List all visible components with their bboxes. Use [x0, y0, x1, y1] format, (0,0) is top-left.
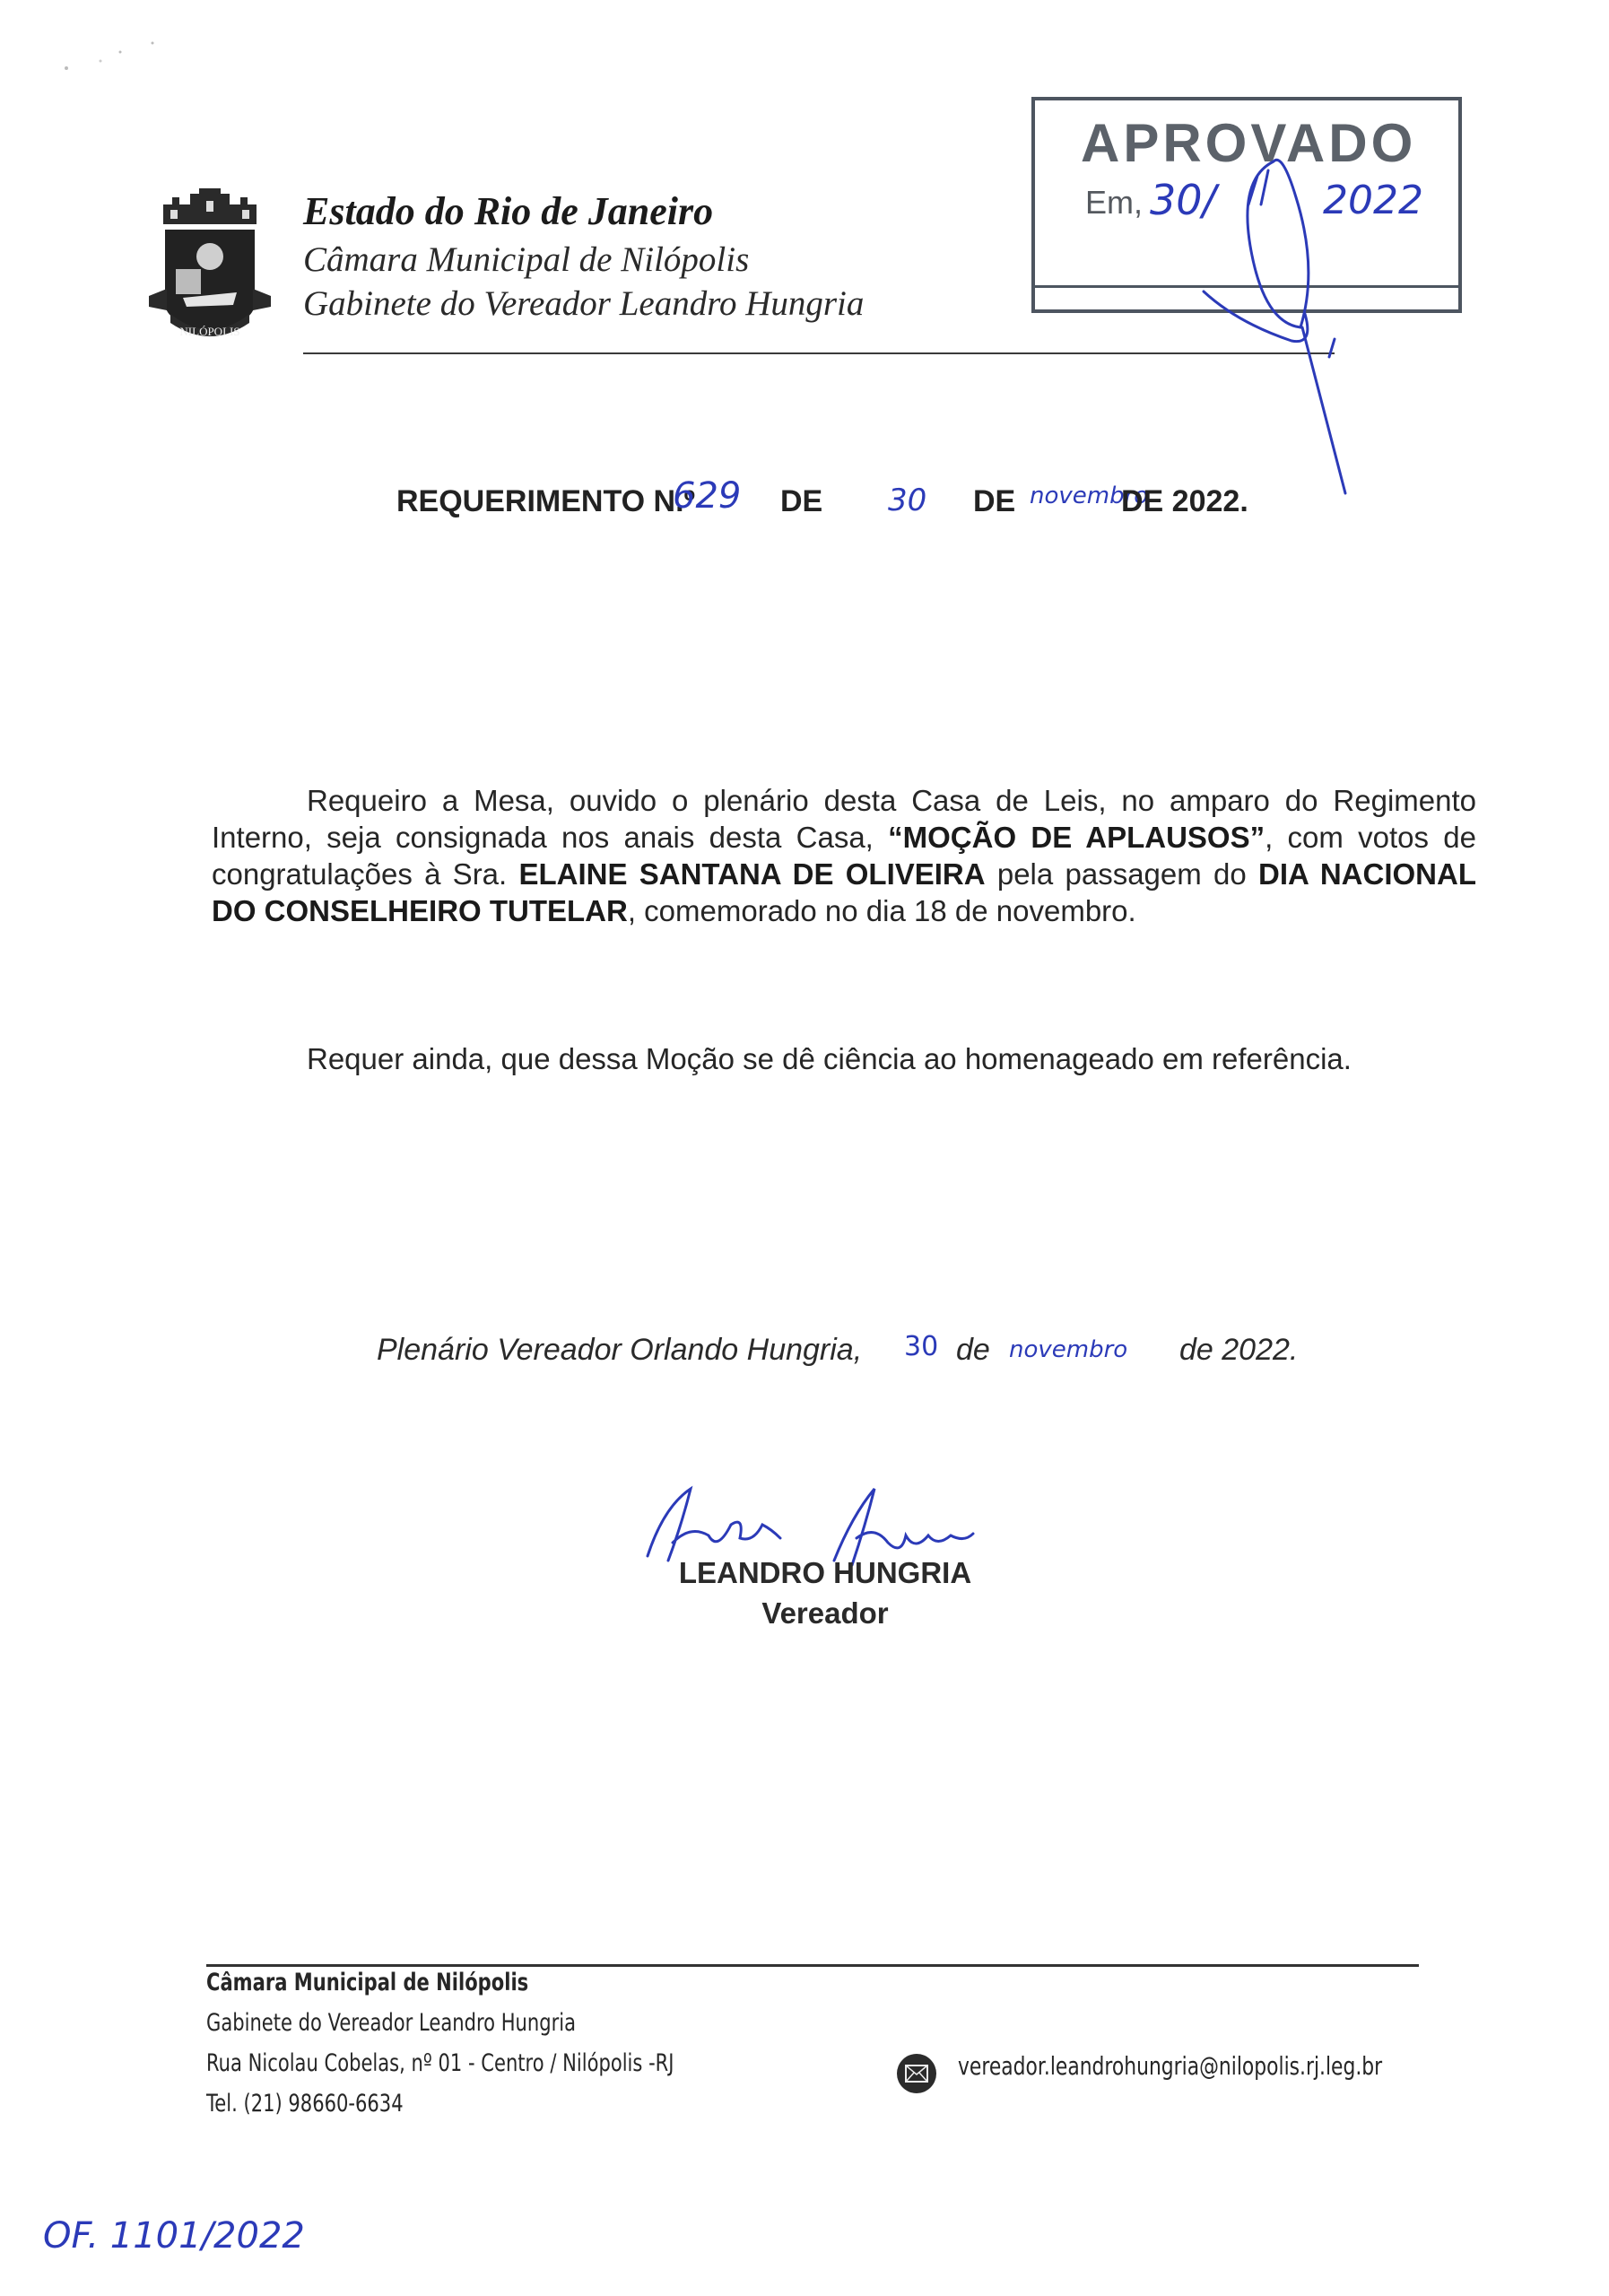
office-number-note: OF. 1101/2022 [43, 2215, 305, 2257]
requerimento-day: 30 [888, 483, 926, 518]
envelope-icon [897, 2054, 936, 2093]
closing-day: 30 [904, 1331, 938, 1362]
requerimento-de-1: DE [780, 484, 822, 519]
footer-office: Gabinete do Vereador Leandro Hungria [206, 2009, 576, 2037]
footer-address: Rua Nicolau Cobelas, nº 01 - Centro / Ni… [206, 2049, 674, 2077]
header-divider [303, 352, 1335, 354]
stamp-line [1031, 285, 1462, 288]
closing-month: novembro [1009, 1336, 1127, 1363]
motion-text-4: , comemorado no dia 18 de novembro. [628, 894, 1136, 927]
svg-text:NILÓPOLIS: NILÓPOLIS [179, 325, 239, 338]
closing-place: Plenário Vereador Orlando Hungria, [377, 1333, 862, 1368]
scan-specks [54, 36, 161, 81]
requerimento-number: 629 [673, 475, 741, 517]
closing-de: de [956, 1333, 990, 1368]
header-office: Gabinete do Vereador Leandro Hungria [303, 283, 864, 324]
requerimento-de-2: DE [973, 484, 1015, 519]
header-state: Estado do Rio de Janeiro [303, 188, 713, 234]
motion-title: “MOÇÃO DE APLAUSOS” [888, 821, 1265, 854]
stamp-bottom-border [1031, 309, 1462, 313]
header-chamber: Câmara Municipal de Nilópolis [303, 239, 749, 280]
footer-email-link[interactable]: vereador.leandrohungria@nilopolis.rj.leg… [958, 2051, 1382, 2081]
closing-year: de 2022. [1179, 1333, 1298, 1368]
stamp-handwritten-year: 2022 [1323, 178, 1423, 223]
notification-paragraph: Requer ainda, que dessa Moção se dê ciên… [307, 1040, 1491, 1077]
honoree-name: ELAINE SANTANA DE OLIVEIRA [518, 857, 985, 891]
stamp-handwritten-day: 30/ [1150, 176, 1216, 224]
signatory-role: Vereador [664, 1596, 987, 1631]
footer-divider [206, 1964, 1419, 1967]
nilopolis-crest-logo: NILÓPOLIS [147, 188, 273, 345]
motion-paragraph: Requeiro a Mesa, ouvido o plenário desta… [212, 782, 1476, 929]
stamp-date-prefix: Em, [1085, 184, 1143, 222]
motion-text-3: pela passagem do [986, 857, 1258, 891]
requerimento-year: DE 2022. [1121, 484, 1248, 519]
requerimento-label: REQUERIMENTO N.º [396, 484, 695, 519]
stamp-approved-label: APROVADO [1081, 112, 1416, 174]
signatory-name: LEANDRO HUNGRIA [664, 1556, 987, 1590]
footer-chamber: Câmara Municipal de Nilópolis [206, 1969, 528, 1996]
footer-phone: Tel. (21) 98660-6634 [206, 2090, 404, 2118]
